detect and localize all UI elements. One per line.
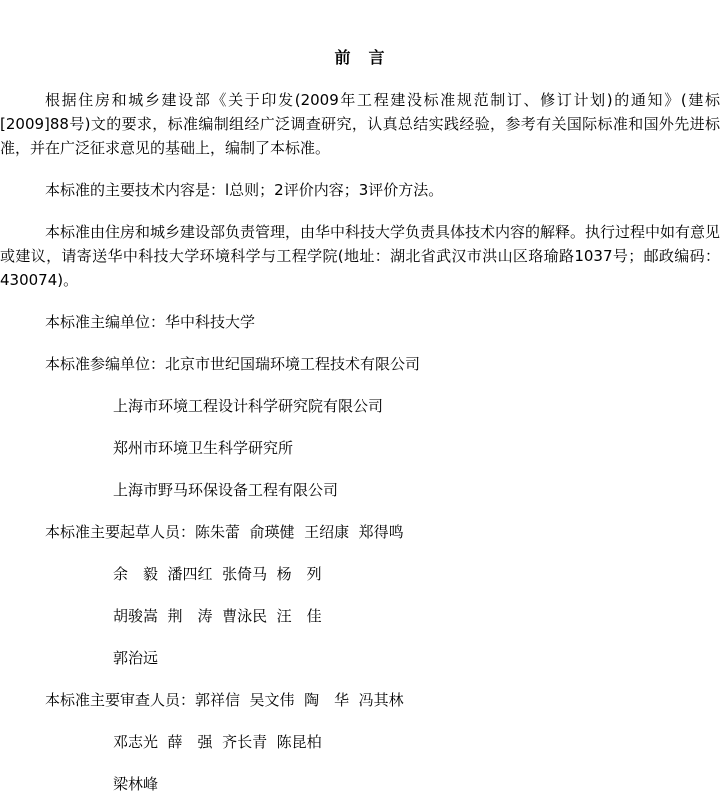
participating-unit-item: 上海市野马环保设备工程有限公司 [113, 478, 720, 502]
intro-paragraph: 根据住房和城乡建设部《关于印发(2009年工程建没标准规范制订、修订计划)的通知… [0, 88, 720, 160]
document-title: 前 言 [0, 49, 720, 67]
chief-editor-unit-line: 本标准主编单位：华中科技大学 [0, 310, 720, 334]
reviewers-line: 本标准主要审查人员：郭祥信 吴文伟 陶 华 冯其林 [0, 688, 720, 712]
reviewers-row: 梁林峰 [113, 772, 720, 796]
drafters-row: 余 毅 潘四红 张倚马 杨 列 [113, 562, 720, 586]
reviewers-row: 邓志光 薛 强 齐长青 陈昆柏 [113, 730, 720, 754]
participating-units-line: 本标准参编单位：北京市世纪国瑞环境工程技术有限公司 [0, 352, 720, 376]
technical-content-paragraph: 本标准的主要技术内容是：l总则；2评价内容；3评价方法。 [0, 178, 720, 202]
drafters-line: 本标准主要起草人员：陈朱蕾 俞瑛健 王绍康 郑得鸣 [0, 520, 720, 544]
management-responsibility-paragraph: 本标准由住房和城乡建设部负责管理，由华中科技大学负责具体技术内容的解释。执行过程… [0, 220, 720, 292]
preface-document-page: 前 言 根据住房和城乡建设部《关于印发(2009年工程建没标准规范制订、修订计划… [0, 0, 720, 797]
drafters-row: 胡骏嵩 荆 涛 曹泳民 汪 佳 [113, 604, 720, 628]
participating-unit-item: 郑州市环境卫生科学研究所 [113, 436, 720, 460]
participating-unit-item: 上海市环境工程设计科学研究院有限公司 [113, 394, 720, 418]
drafters-row: 郭治远 [113, 646, 720, 670]
